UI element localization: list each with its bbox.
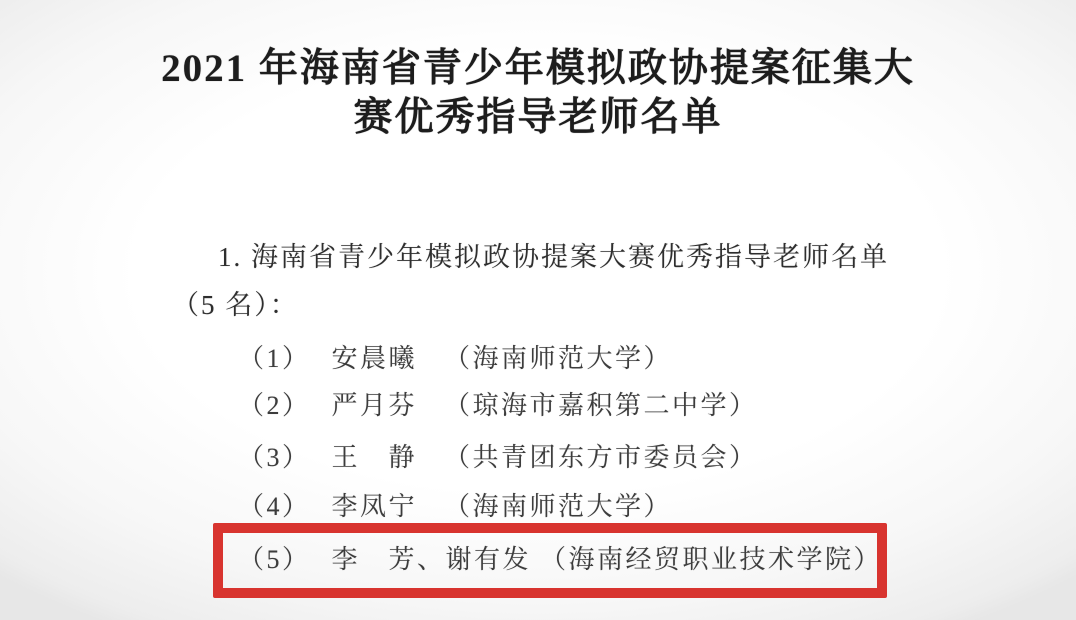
list-item-5-highlighted: （5） 李 芳、谢有发 （海南经贸职业技术学院） bbox=[238, 543, 882, 577]
section-heading-line-2: （5 名）： bbox=[172, 281, 889, 329]
item-name: 严月芬 bbox=[332, 391, 418, 420]
item-affiliation: （海南师范大学） bbox=[444, 344, 672, 373]
item-index: （3） bbox=[238, 443, 311, 472]
title-line-1: 2021 年海南省青少年模拟政协提案征集大 bbox=[0, 44, 1076, 93]
list-item-2: （2） 严月芬 （琼海市嘉积第二中学） bbox=[238, 389, 758, 423]
item-name: 李 芳、谢有发 bbox=[332, 545, 532, 574]
item-name: 李凤宁 bbox=[332, 492, 418, 521]
title-line-2: 赛优秀指导老师名单 bbox=[0, 93, 1076, 142]
item-index: （4） bbox=[238, 492, 311, 521]
item-index: （1） bbox=[238, 344, 311, 373]
list-item-4: （4） 李凤宁 （海南师范大学） bbox=[238, 490, 672, 524]
item-affiliation: （共青团东方市委员会） bbox=[444, 443, 758, 472]
document-page: 2021 年海南省青少年模拟政协提案征集大 赛优秀指导老师名单 1. 海南省青少… bbox=[0, 0, 1076, 620]
item-index: （5） bbox=[238, 545, 311, 574]
item-affiliation: （海南师范大学） bbox=[444, 492, 672, 521]
item-name: 安晨曦 bbox=[332, 344, 418, 373]
list-item-1: （1） 安晨曦 （海南师范大学） bbox=[238, 342, 672, 376]
item-index: （2） bbox=[238, 391, 311, 420]
item-affiliation: （琼海市嘉积第二中学） bbox=[444, 391, 758, 420]
item-name: 王 静 bbox=[332, 443, 418, 472]
document-title: 2021 年海南省青少年模拟政协提案征集大 赛优秀指导老师名单 bbox=[0, 44, 1076, 142]
list-item-3: （3） 王 静 （共青团东方市委员会） bbox=[238, 441, 758, 475]
section-heading: 1. 海南省青少年模拟政协提案大赛优秀指导老师名单 （5 名）： bbox=[172, 233, 889, 329]
section-heading-line-1: 1. 海南省青少年模拟政协提案大赛优秀指导老师名单 bbox=[172, 233, 889, 281]
item-affiliation: （海南经贸职业技术学院） bbox=[540, 545, 882, 574]
